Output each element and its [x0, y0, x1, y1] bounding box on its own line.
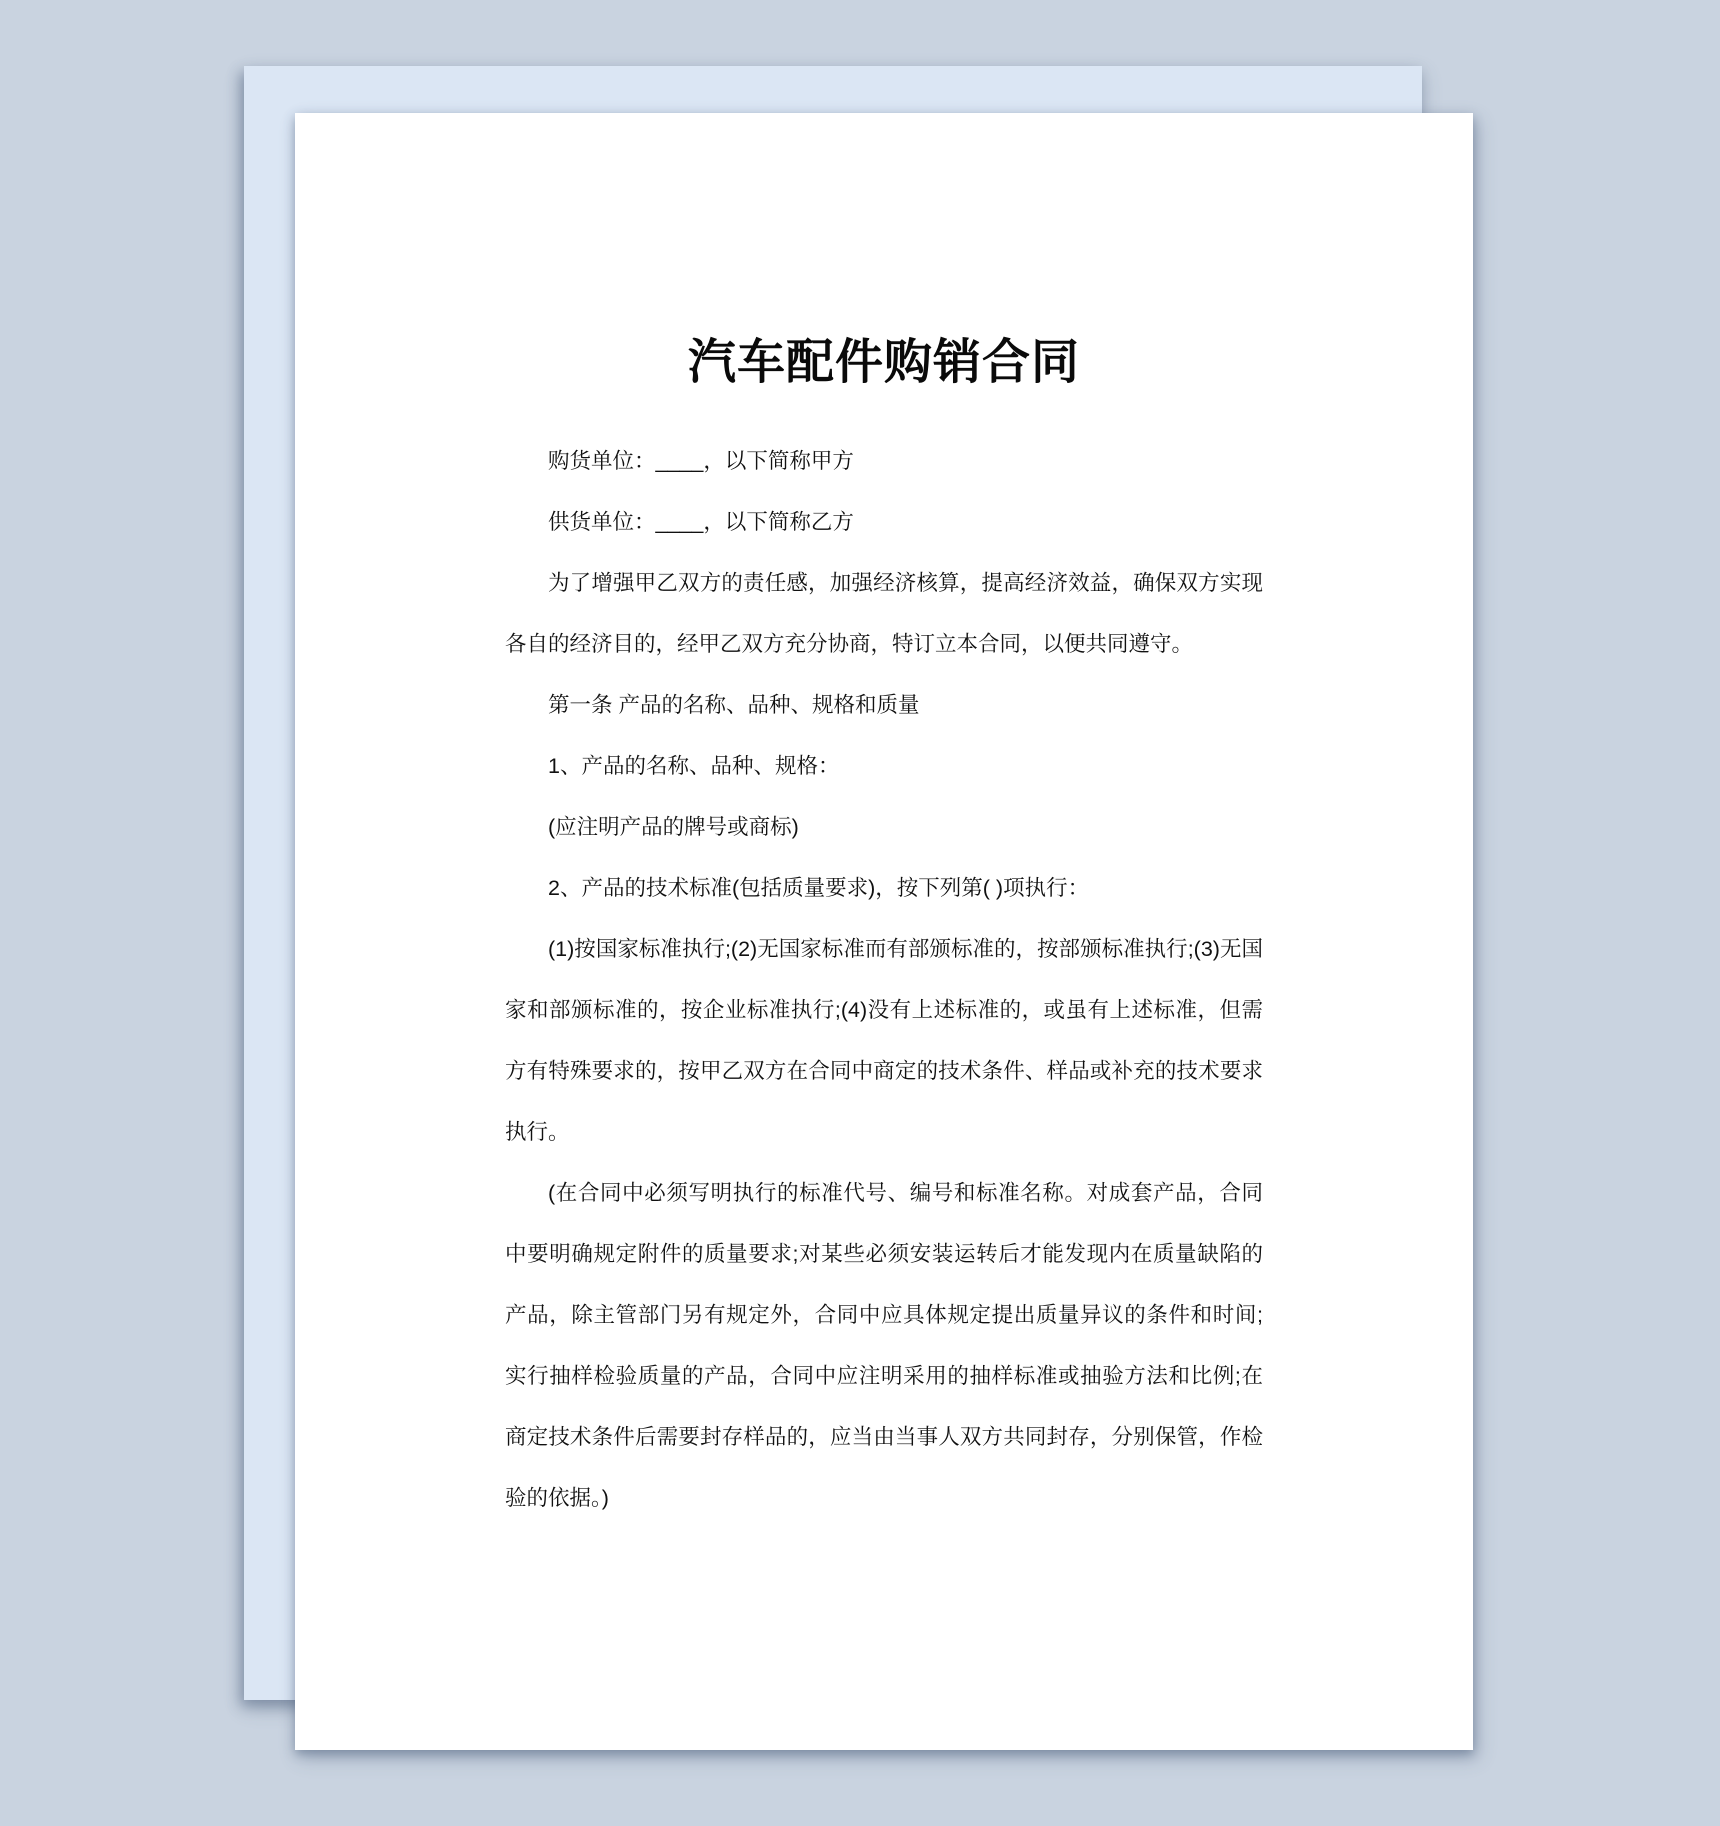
contract-paragraph-supplier: 供货单位：____，以下简称乙方: [505, 492, 1263, 553]
contract-paragraph-article1-heading: 第一条 产品的名称、品种、规格和质量: [505, 675, 1263, 736]
contract-paragraph-quality-note: (在合同中必须写明执行的标准代号、编号和标准名称。对成套产品，合同中要明确规定附…: [505, 1163, 1263, 1529]
document-title: 汽车配件购销合同: [505, 335, 1263, 391]
contract-paragraph-preamble: 为了增强甲乙双方的责任感，加强经济核算，提高经济效益，确保双方实现各自的经济目的…: [505, 553, 1263, 675]
contract-paragraph-buyer: 购货单位：____，以下简称甲方: [505, 431, 1263, 492]
contract-document-page: 汽车配件购销合同 购货单位：____，以下简称甲方 供货单位：____，以下简称…: [295, 113, 1473, 1750]
contract-paragraph-item1: 1、产品的名称、品种、规格：: [505, 736, 1263, 797]
contract-paragraph-item1-note: (应注明产品的牌号或商标): [505, 797, 1263, 858]
contract-paragraph-item2: 2、产品的技术标准(包括质量要求)，按下列第( )项执行：: [505, 858, 1263, 919]
document-body: 购货单位：____，以下简称甲方 供货单位：____，以下简称乙方 为了增强甲乙…: [505, 431, 1263, 1529]
contract-paragraph-standards: (1)按国家标准执行;(2)无国家标准而有部颁标准的，按部颁标准执行;(3)无国…: [505, 919, 1263, 1163]
page-background: { "document": { "title": "汽车配件购销合同", "pa…: [0, 0, 1720, 1826]
